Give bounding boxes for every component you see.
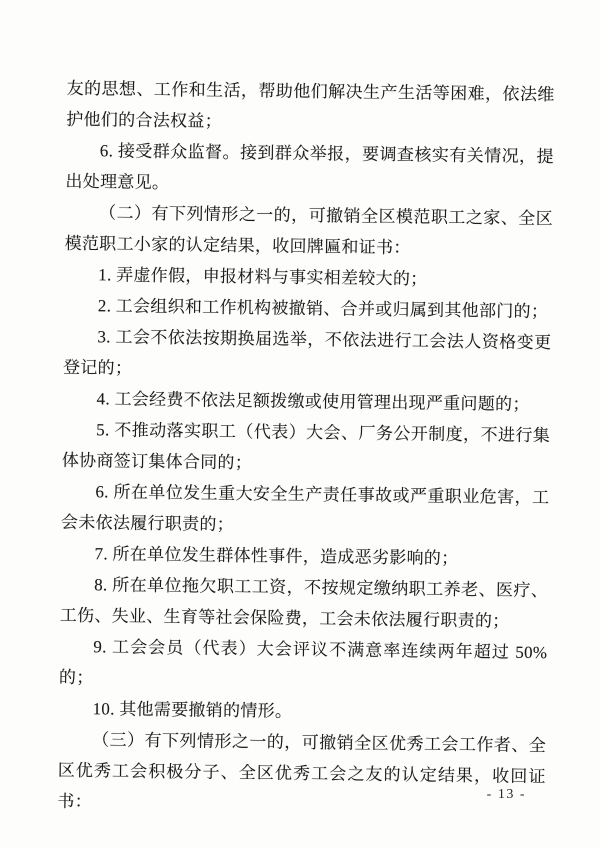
document-paragraph: 5. 不推动落实职工（代表）大会、厂务公开制度，不进行集体协商签订集体合同的； <box>62 414 551 482</box>
document-paragraph: （二）有下列情形之一的，可撤销全区模范职工之家、全区模范职工小家的认定结果，收回… <box>64 197 553 265</box>
document-paragraph: （三）有下列情形之一的，可撤销全区优秀工会工作者、全区优秀工会积极分子、全区优秀… <box>57 724 546 823</box>
page-number: - 13 - <box>487 787 526 802</box>
page-footer: - 13 - <box>487 786 526 804</box>
document-body: 友的思想、工作和生活，帮助他们解决生产生活等困难，依法维护他们的合法权益；6. … <box>57 73 555 823</box>
document-paragraph: 8. 所在单位拖欠职工工资，不按规定缴纳职工养老、医疗、工伤、失业、生育等社会保… <box>60 569 549 637</box>
document-paragraph: 6. 接受群众监督。接到群众举报，要调查核实有关情况，提出处理意见。 <box>65 135 554 203</box>
document-page: 友的思想、工作和生活，帮助他们解决生产生活等困难，依法维护他们的合法权益；6. … <box>0 0 600 848</box>
document-paragraph: 3. 工会不依法按期换届选举，不依法进行工会法人资格变更登记的； <box>63 321 552 389</box>
document-paragraph: 9. 工会会员（代表）大会评议不满意率连续两年超过 50%的； <box>59 631 548 699</box>
document-paragraph: 6. 所在单位发生重大安全生产责任事故或严重职业危害，工会未依法履行职责的； <box>61 476 550 544</box>
document-paragraph: 友的思想、工作和生活，帮助他们解决生产生活等困难，依法维护他们的合法权益； <box>66 73 555 141</box>
